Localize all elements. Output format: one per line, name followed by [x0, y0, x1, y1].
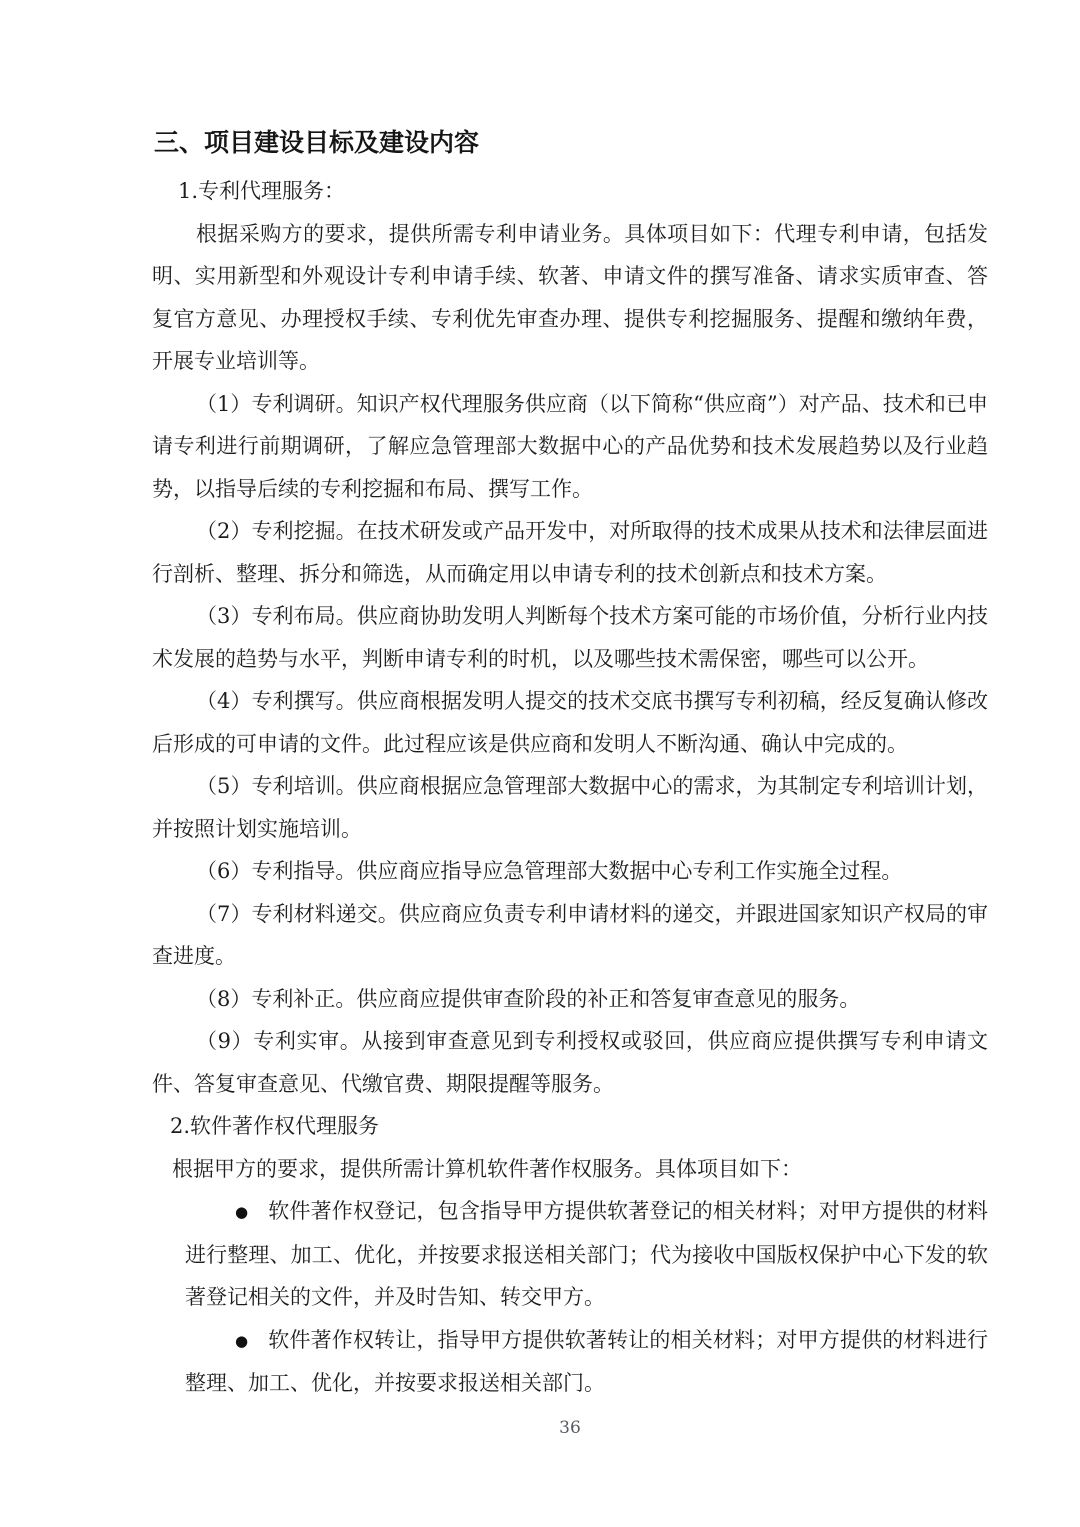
patent-item-8: （8）专利补正。供应商应提供审查阶段的补正和答复审查意见的服务。: [152, 978, 988, 1021]
bullet-text: 软件著作权登记，包含指导甲方提供软著登记的相关材料；对甲方提供的材料进行整理、加…: [185, 1199, 988, 1309]
patent-item-6: （6）专利指导。供应商应指导应急管理部大数据中心专利工作实施全过程。: [152, 850, 988, 893]
bullet-text: 软件著作权转让，指导甲方提供软著转让的相关材料；对甲方提供的材料进行整理、加工、…: [185, 1328, 988, 1396]
page-number: 36: [152, 1418, 988, 1438]
patent-item-4: （4）专利撰写。供应商根据发明人提交的技术交底书撰写专利初稿，经反复确认修改后形…: [152, 680, 988, 765]
patent-item-7: （7）专利材料递交。供应商应负责专利申请材料的递交，并跟进国家知识产权局的审查进…: [152, 893, 988, 978]
bullet-icon: ●: [235, 1203, 248, 1221]
document-page: 三、项目建设目标及建设内容 1.专利代理服务： 根据采购方的要求，提供所需专利申…: [0, 0, 1080, 1527]
patent-item-3: （3）专利布局。供应商协助发明人判断每个技术方案可能的市场价值，分析行业内技术发…: [152, 595, 988, 680]
section1-intro-paragraph: 根据采购方的要求，提供所需专利申请业务。具体项目如下：代理专利申请，包括发明、实…: [152, 213, 988, 383]
subsection-1-title: 1.专利代理服务：: [178, 170, 988, 213]
patent-item-1: （1）专利调研。知识产权代理服务供应商（以下简称“供应商”）对产品、技术和已申请…: [152, 383, 988, 511]
patent-item-9: （9）专利实审。从接到审查意见到专利授权或驳回，供应商应提供撰写专利申请文件、答…: [152, 1020, 988, 1105]
bullet-item-copyright-registration: ●软件著作权登记，包含指导甲方提供软著登记的相关材料；对甲方提供的材料进行整理、…: [185, 1190, 988, 1319]
bullet-item-copyright-transfer: ●软件著作权转让，指导甲方提供软著转让的相关材料；对甲方提供的材料进行整理、加工…: [185, 1319, 988, 1405]
subsection-2-title: 2.软件著作权代理服务: [170, 1105, 988, 1148]
patent-item-2: （2）专利挖掘。在技术研发或产品开发中，对所取得的技术成果从技术和法律层面进行剖…: [152, 510, 988, 595]
bullet-icon: ●: [235, 1332, 248, 1350]
patent-item-5: （5）专利培训。供应商根据应急管理部大数据中心的需求，为其制定专利培训计划，并按…: [152, 765, 988, 850]
section2-intro-paragraph: 根据甲方的要求，提供所需计算机软件著作权服务。具体项目如下：: [172, 1148, 988, 1191]
section-heading: 三、项目建设目标及建设内容: [154, 126, 988, 160]
